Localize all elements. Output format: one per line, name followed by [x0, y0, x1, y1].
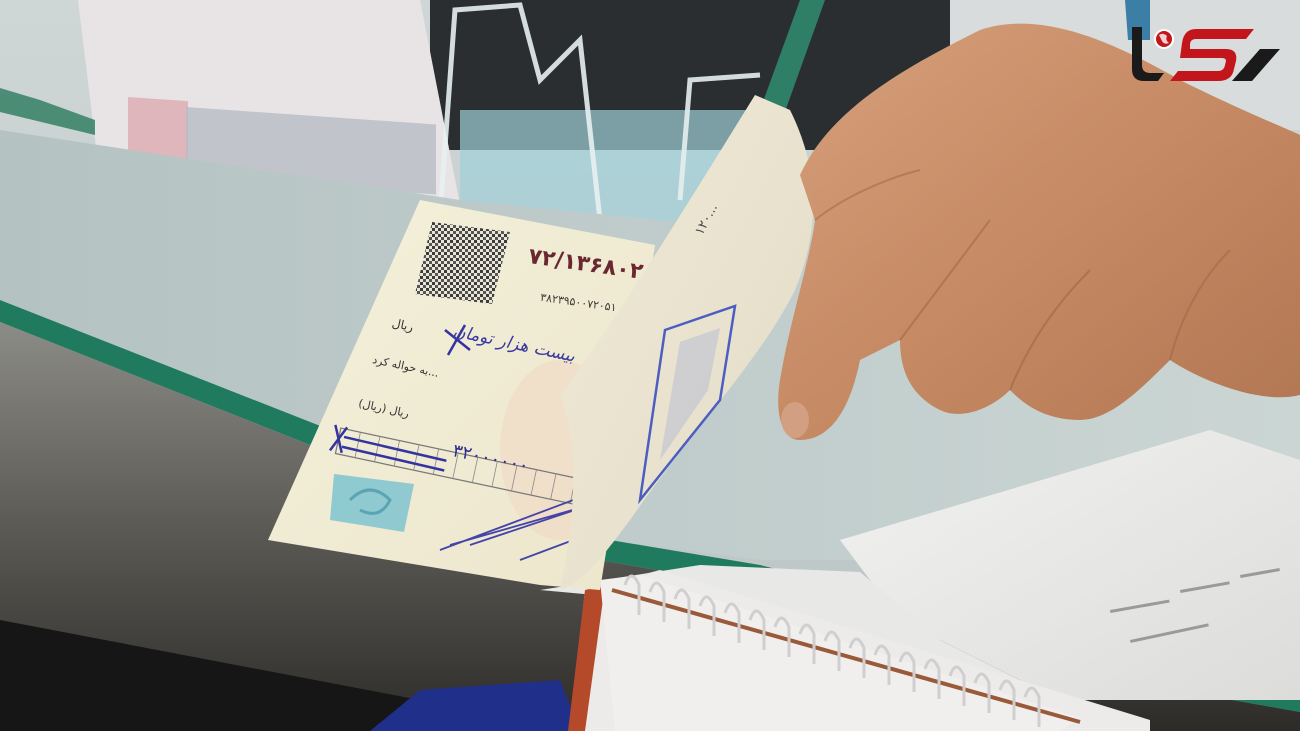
photo-background: [0, 0, 1300, 731]
site-logo-watermark: [1130, 25, 1282, 83]
photo-scene: ۷۲/۱۳۶۸۰۲ ۳۸۲۳۹۵۰۰۷۲۰۵۱ ریال بیست هزار ت…: [0, 0, 1300, 731]
cheque-serial-prefix: ۷۲/: [527, 244, 565, 274]
